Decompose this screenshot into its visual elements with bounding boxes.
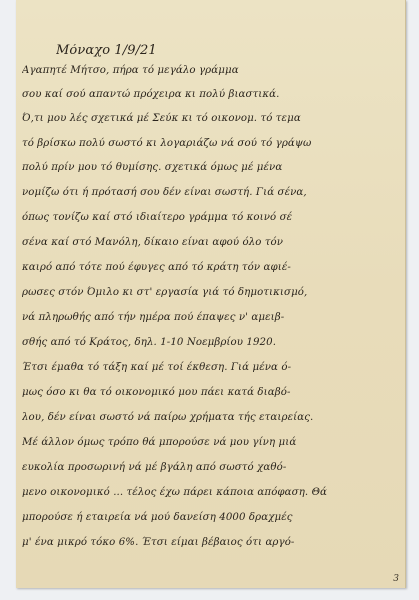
letter-line: σου καί σού απαντώ πρόχειρα κι πολύ βιασ… <box>22 88 399 102</box>
letter-line: λου, δέν είναι σωστό νά παίρω χρήματα τή… <box>22 411 399 425</box>
letter-line: όπως τονίζω καί στό ιδιαίτερο γράμμα τό … <box>22 211 399 225</box>
letter-line: ευκολία προσωρινή νά μέ βγάλη από σωστό … <box>22 461 399 475</box>
letter-line: νά πληρωθής από τήν ημέρα πού έπαψες ν' … <box>22 311 399 325</box>
letter-line: μ' ένα μικρό τόκο 6%. Έτσι είμαι βέβαιος… <box>22 536 399 550</box>
letter-line: μως όσο κι θα τό οικονομικό μου πάει κατ… <box>22 386 399 400</box>
letter-line: μενο οικονομικό ... τέλος έχω πάρει κάπο… <box>22 486 399 500</box>
letter-heading-date: Μόναχο 1/9/21 <box>56 44 399 58</box>
letter-line: τό βρίσκω πολύ σωστό κι λογαριάζω νά σού… <box>22 137 399 151</box>
letter-line: νομίζω ότι ή πρότασή σου δέν είναι σωστή… <box>22 186 399 200</box>
letter-line: σθής από τό Κράτος, δηλ. 1-10 Νοεμβρίου … <box>22 336 399 350</box>
letter-line: Ό,τι μου λές σχετικά μέ Σεύκ κι τό οικον… <box>22 112 399 126</box>
letter-line: σένα καί στό Μανόλη, δίκαιο είναι αφού ό… <box>22 236 399 250</box>
letter-line: καιρό από τότε πού έφυγες από τό κράτη τ… <box>22 261 399 275</box>
letter-line: Μέ άλλον όμως τρόπο θά μπορούσε νά μου γ… <box>22 436 399 450</box>
letter-line: Αγαπητέ Μήτσο, πήρα τό μεγάλο γράμμα <box>22 64 399 78</box>
letter-line: μπορούσε ή εταιρεία νά μού δανείση 4000 … <box>22 511 399 525</box>
letter-line: πολύ πρίν μου τό θυμίσης. σχετικά όμως μ… <box>22 161 399 175</box>
letter-line: ρωσες στόν Όμιλο κι στ' εργασία γιά τό δ… <box>22 286 399 300</box>
letter-page: Μόναχο 1/9/21 Αγαπητέ Μήτσο, πήρα τό μεγ… <box>16 0 406 588</box>
letter-line: Έτσι έμαθα τό τάξη καί μέ τοί έκθεση. Γι… <box>22 361 399 375</box>
page-number: 3 <box>393 574 399 584</box>
